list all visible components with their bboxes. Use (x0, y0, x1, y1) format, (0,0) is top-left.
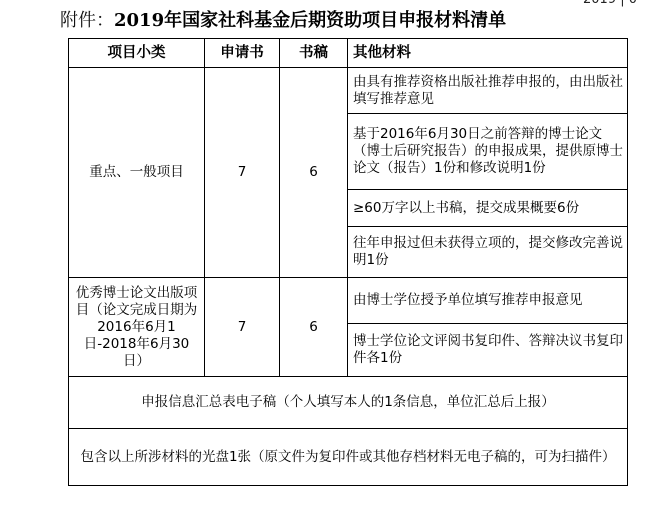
manuscript-copies-cell: 6 (280, 278, 348, 377)
table-row: 重点、一般项目 7 6 由具有推荐资格出版社推荐申报的，由出版社填写推荐意见 (69, 68, 628, 114)
category-cell: 优秀博士论文出版项目（论文完成日期为2016年6月1日-2018年6月30日） (69, 278, 205, 377)
manuscript-copies-cell: 6 (280, 68, 348, 278)
materials-table: 项目小类 申请书 书稿 其他材料 重点、一般项目 7 6 由具有推荐资格出版社推… (68, 38, 628, 486)
material-cell: 基于2016年6月30日之前答辩的博士论文（博士后研究报告）的申报成果，提供原博… (348, 114, 628, 190)
table-header-row: 项目小类 申请书 书稿 其他材料 (69, 39, 628, 68)
table-row: 优秀博士论文出版项目（论文完成日期为2016年6月1日-2018年6月30日） … (69, 278, 628, 324)
document-title: 附件：2019年国家社科基金后期资助项目申报材料清单 (60, 9, 506, 33)
table-row: 包含以上所涉材料的光盘1张（原文件为复印件或其他存档材料无电子稿的，可为扫描件） (69, 429, 628, 486)
cd-disc-row: 包含以上所涉材料的光盘1张（原文件为复印件或其他存档材料无电子稿的，可为扫描件） (69, 429, 628, 486)
material-cell: 往年申报过但未获得立项的，提交修改完善说明1份 (348, 227, 628, 278)
material-cell: 由博士学位授予单位填写推荐申报意见 (348, 278, 628, 324)
material-cell: 由具有推荐资格出版社推荐申报的，由出版社填写推荐意见 (348, 68, 628, 114)
header-category: 项目小类 (69, 39, 205, 68)
header-manuscript: 书稿 (280, 39, 348, 68)
category-cell: 重点、一般项目 (69, 68, 205, 278)
table-row: 申报信息汇总表电子稿（个人填写本人的1条信息，单位汇总后上报） (69, 377, 628, 429)
material-cell: ≥60万字以上书稿，提交成果概要6份 (348, 190, 628, 227)
title-prefix: 附件： (60, 10, 114, 31)
title-main: 2019年国家社科基金后期资助项目申报材料清单 (114, 10, 506, 31)
application-copies-cell: 7 (205, 278, 280, 377)
header-other-materials: 其他材料 (348, 39, 628, 68)
summary-sheet-row: 申报信息汇总表电子稿（个人填写本人的1条信息，单位汇总后上报） (69, 377, 628, 429)
application-copies-cell: 7 (205, 68, 280, 278)
header-application: 申请书 (205, 39, 280, 68)
page-header-fragment: 2019 | 0 (583, 0, 637, 7)
material-cell: 博士学位论文评阅书复印件、答辩决议书复印件各1份 (348, 324, 628, 377)
